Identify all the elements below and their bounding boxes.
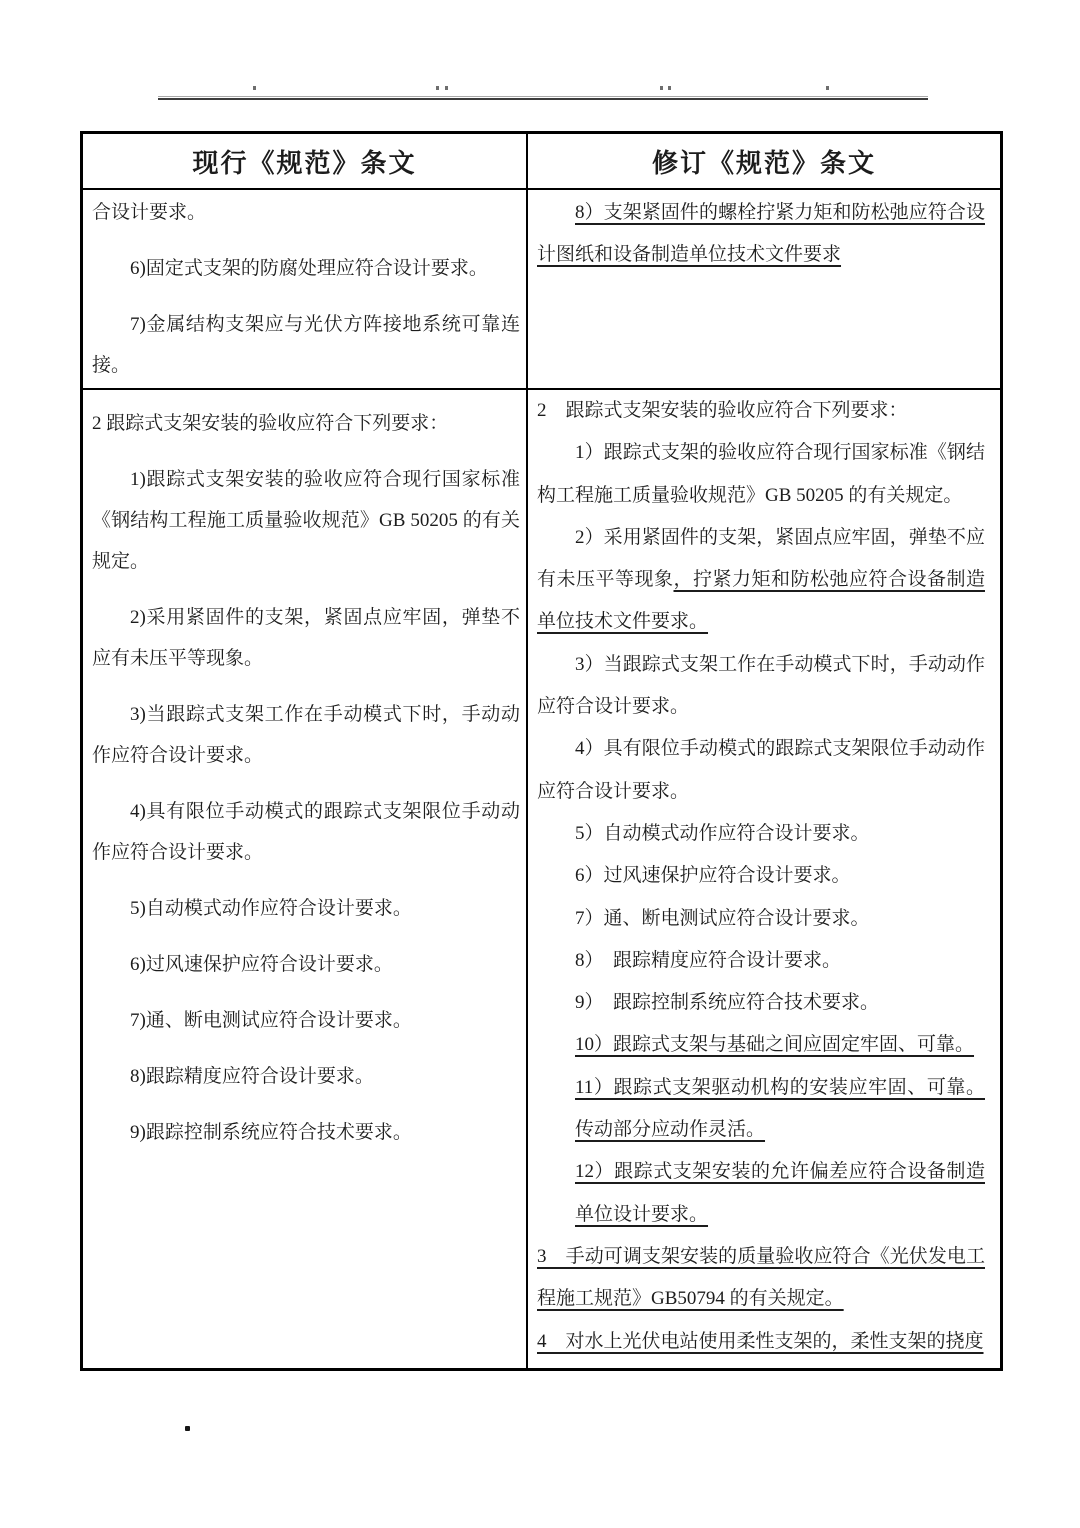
- text: 6)过风速保护应符合设计要求。: [130, 954, 393, 975]
- text: 6）过风速保护应符合设计要求。: [575, 865, 851, 886]
- scan-mark: [445, 86, 448, 90]
- text: 7）通、断电测试应符合设计要求。: [575, 908, 870, 929]
- paragraph: 8） 跟踪精度应符合设计要求。: [537, 940, 985, 982]
- footer-dot: [185, 1426, 190, 1431]
- paragraph: 4)具有限位手动模式的跟踪式支架限位手动动作应符合设计要求。: [92, 791, 520, 873]
- column-header-revised: 修订《规范》条文: [528, 134, 1000, 188]
- paragraph: 9)跟踪控制系统应符合技术要求。: [92, 1112, 520, 1153]
- column-header-current: 现行《规范》条文: [83, 134, 528, 188]
- cell-revised-row1: 8）支架紧固件的螺栓拧紧力矩和防松弛应符合设计图纸和设备制造单位技术文件要求: [528, 190, 1000, 388]
- paragraph: 7)金属结构支架应与光伏方阵接地系统可靠连接。: [92, 304, 520, 386]
- text: 1)跟踪式支架安装的验收应符合现行国家标准《钢结构工程施工质量验收规范》GB 5…: [92, 469, 520, 572]
- paragraph: 6)过风速保护应符合设计要求。: [92, 944, 520, 985]
- text: 1）跟踪式支架的验收应符合现行国家标准《钢结构工程施工质量验收规范》GB 502…: [537, 442, 985, 505]
- scan-mark: [660, 86, 663, 90]
- paragraph: 12）跟踪式支架安装的允许偏差应符合设备制造单位设计要求。: [537, 1151, 985, 1236]
- scan-mark: [826, 86, 829, 90]
- paragraph: 4）具有限位手动模式的跟踪式支架限位手动动作应符合设计要求。: [537, 728, 985, 813]
- underlined-text: 11）跟踪式支架驱动机构的安装应牢固、可靠。传动部分应动作灵活。: [575, 1077, 985, 1140]
- table-row: 合设计要求。6)固定式支架的防腐处理应符合设计要求。7)金属结构支架应与光伏方阵…: [83, 190, 1000, 390]
- underlined-text: 12）跟踪式支架安装的允许偏差应符合设备制造单位设计要求。: [575, 1161, 985, 1224]
- cell-current-row1: 合设计要求。6)固定式支架的防腐处理应符合设计要求。7)金属结构支架应与光伏方阵…: [83, 190, 528, 388]
- text: 2 跟踪式支架安装的验收应符合下列要求：: [537, 400, 908, 421]
- paragraph: 1）跟踪式支架的验收应符合现行国家标准《钢结构工程施工质量验收规范》GB 502…: [537, 432, 985, 517]
- header-rule: [158, 96, 928, 100]
- scan-mark: [436, 86, 439, 90]
- underlined-text: 8）支架紧固件的螺栓拧紧力矩和防松弛应符合设计图纸和设备制造单位技术文件要求: [537, 202, 985, 265]
- text: 3）当跟踪式支架工作在手动模式下时，手动动作应符合设计要求。: [537, 654, 985, 717]
- scan-mark: [253, 86, 256, 90]
- paragraph: 10）跟踪式支架与基础之间应固定牢固、可靠。: [537, 1024, 985, 1066]
- paragraph: 1)跟踪式支架安装的验收应符合现行国家标准《钢结构工程施工质量验收规范》GB 5…: [92, 459, 520, 582]
- table-header-row: 现行《规范》条文 修订《规范》条文: [83, 134, 1000, 190]
- paragraph: 3)当跟踪式支架工作在手动模式下时，手动动作应符合设计要求。: [92, 694, 520, 776]
- paragraph: 7）通、断电测试应符合设计要求。: [537, 898, 985, 940]
- paragraph: 5)自动模式动作应符合设计要求。: [92, 888, 520, 929]
- text: 合设计要求。: [92, 202, 206, 223]
- text: 4)具有限位手动模式的跟踪式支架限位手动动作应符合设计要求。: [92, 801, 520, 863]
- text: 8） 跟踪精度应符合设计要求。: [575, 950, 841, 971]
- text: 5）自动模式动作应符合设计要求。: [575, 823, 870, 844]
- text: 3)当跟踪式支架工作在手动模式下时，手动动作应符合设计要求。: [92, 704, 520, 766]
- paragraph: 8)跟踪精度应符合设计要求。: [92, 1056, 520, 1097]
- underlined-text: 3 手动可调支架安装的质量验收应符合《光伏发电工程施工规范》GB50794 的有…: [537, 1246, 985, 1309]
- paragraph: 9） 跟踪控制系统应符合技术要求。: [537, 982, 985, 1024]
- text: 2 跟踪式支架安装的验收应符合下列要求：: [92, 413, 448, 434]
- scan-mark: [668, 86, 671, 90]
- cell-current-row2: 2 跟踪式支架安装的验收应符合下列要求：1)跟踪式支架安装的验收应符合现行国家标…: [83, 390, 528, 1368]
- text: 6)固定式支架的防腐处理应符合设计要求。: [130, 258, 488, 279]
- text: 2)采用紧固件的支架，紧固点应牢固，弹垫不应有未压平等现象。: [92, 607, 520, 669]
- paragraph: 11）跟踪式支架驱动机构的安装应牢固、可靠。传动部分应动作灵活。: [537, 1067, 985, 1152]
- paragraph: 8）支架紧固件的螺栓拧紧力矩和防松弛应符合设计图纸和设备制造单位技术文件要求: [537, 192, 985, 277]
- paragraph: 2 跟踪式支架安装的验收应符合下列要求：: [92, 403, 520, 444]
- paragraph: 3）当跟踪式支架工作在手动模式下时，手动动作应符合设计要求。: [537, 644, 985, 729]
- table-row: 2 跟踪式支架安装的验收应符合下列要求：1)跟踪式支架安装的验收应符合现行国家标…: [83, 390, 1000, 1368]
- paragraph: 2)采用紧固件的支架，紧固点应牢固，弹垫不应有未压平等现象。: [92, 597, 520, 679]
- paragraph: 4 对水上光伏电站使用柔性支架的，柔性支架的挠度: [537, 1321, 985, 1363]
- text: 8)跟踪精度应符合设计要求。: [130, 1066, 374, 1087]
- underlined-text: 10）跟踪式支架与基础之间应固定牢固、可靠。: [575, 1034, 974, 1055]
- underlined-text: 4 对水上光伏电站使用柔性支架的，柔性支架的挠度: [537, 1331, 984, 1352]
- cell-revised-row2: 2 跟踪式支架安装的验收应符合下列要求：1）跟踪式支架的验收应符合现行国家标准《…: [528, 390, 1000, 1368]
- text: 4）具有限位手动模式的跟踪式支架限位手动动作应符合设计要求。: [537, 738, 985, 801]
- paragraph: 6)固定式支架的防腐处理应符合设计要求。: [92, 248, 520, 289]
- paragraph: 2）采用紧固件的支架，紧固点应牢固，弹垫不应有未压平等现象，拧紧力矩和防松弛应符…: [537, 517, 985, 644]
- text: 9)跟踪控制系统应符合技术要求。: [130, 1122, 412, 1143]
- paragraph: 7)通、断电测试应符合设计要求。: [92, 1000, 520, 1041]
- paragraph: 2 跟踪式支架安装的验收应符合下列要求：: [537, 390, 985, 432]
- text: 9） 跟踪控制系统应符合技术要求。: [575, 992, 879, 1013]
- document-page: 现行《规范》条文 修订《规范》条文 合设计要求。6)固定式支架的防腐处理应符合设…: [0, 0, 1080, 1528]
- text: 7)金属结构支架应与光伏方阵接地系统可靠连接。: [92, 314, 520, 376]
- paragraph: 合设计要求。: [92, 192, 520, 233]
- text: 5)自动模式动作应符合设计要求。: [130, 898, 412, 919]
- paragraph: 6）过风速保护应符合设计要求。: [537, 855, 985, 897]
- text: 7)通、断电测试应符合设计要求。: [130, 1010, 412, 1031]
- paragraph: 5）自动模式动作应符合设计要求。: [537, 813, 985, 855]
- comparison-table: 现行《规范》条文 修订《规范》条文 合设计要求。6)固定式支架的防腐处理应符合设…: [80, 131, 1003, 1371]
- paragraph: 3 手动可调支架安装的质量验收应符合《光伏发电工程施工规范》GB50794 的有…: [537, 1236, 985, 1321]
